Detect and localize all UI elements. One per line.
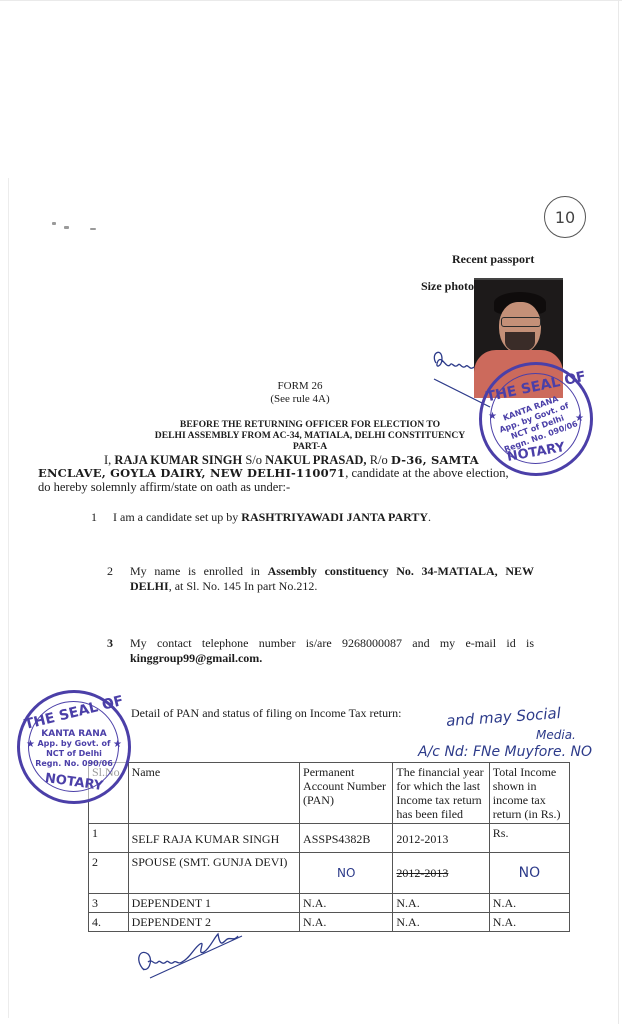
signature-icon [130, 918, 255, 988]
pan-section-intro: Detail of PAN and status of filing on In… [131, 706, 401, 721]
photo-label-line1: Recent passport [452, 252, 534, 267]
row-income: N.A. [489, 894, 569, 913]
declaration-line3: do hereby solemnly affirm/state on oath … [38, 480, 290, 495]
row-year: 2012-2013 [393, 824, 489, 853]
row-pan: N.A. [300, 894, 393, 913]
header-pan: Permanent Account Number (PAN) [300, 763, 393, 824]
page-number-text: 10 [555, 208, 575, 227]
row-sl: 1 [89, 824, 129, 853]
page-number-annotation: 10 [544, 196, 586, 238]
row-year: N.A. [393, 894, 489, 913]
page-edge [8, 178, 9, 1018]
row-sl: 3 [89, 894, 129, 913]
star-icon: ★ [575, 413, 584, 424]
item-2-text-line1: My name is enrolled in Assembly constitu… [130, 564, 534, 579]
item-1-number: 1 [91, 510, 97, 525]
row-year: 2012-2013 [393, 853, 489, 894]
handwritten-note-line2: Media. [536, 728, 576, 742]
photo-beard [505, 332, 535, 352]
header-total-income: Total Income shown in income tax return … [489, 763, 569, 824]
form-heading-line3: PART-A [120, 441, 500, 452]
item-3-number: 3 [107, 636, 113, 651]
item-3-email: kinggroup99@gmail.com. [130, 651, 262, 666]
scan-speck [64, 226, 69, 229]
header-name: Name [128, 763, 299, 824]
declaration-line2: ENCLAVE, GOYLA DAIRY, NEW DELHI-110071, … [38, 466, 509, 481]
page-edge [0, 0, 622, 1]
photo-glasses [501, 317, 541, 327]
form-heading-line2: DELHI ASSEMBLY FROM AC-34, MATIALA, DELH… [120, 430, 500, 441]
pan-table: Sl.No. Name Permanent Account Number (PA… [88, 762, 570, 932]
row-sl: 2 [89, 853, 129, 894]
item-3-text-line1: My contact telephone number is/are 92680… [130, 636, 534, 651]
scan-speck [90, 228, 96, 230]
row-name: SPOUSE (SMT. GUNJA DEVI) [128, 853, 299, 894]
row-income: N.A. [489, 913, 569, 932]
table-row: 1 SELF RAJA KUMAR SINGH ASSPS4382B 2012-… [89, 824, 570, 853]
row-name: SELF RAJA KUMAR SINGH [128, 824, 299, 853]
handwritten-note-line3: A/c Nd: FNe Muyfore. NO [418, 744, 592, 760]
table-header-row: Sl.No. Name Permanent Account Number (PA… [89, 763, 570, 824]
item-2-text-line2: DELHI, at Sl. No. 145 In part No.212. [130, 579, 317, 594]
form-title: FORM 26 [200, 380, 400, 392]
row-pan: N.A. [300, 913, 393, 932]
form-subtitle: (See rule 4A) [200, 393, 400, 405]
form-heading-line1: BEFORE THE RETURNING OFFICER FOR ELECTIO… [120, 419, 500, 430]
row-sl: 4. [89, 913, 129, 932]
item-1-text: I am a candidate set up by RASHTRIYAWADI… [113, 510, 431, 525]
table-row: 3 DEPENDENT 1 N.A. N.A. N.A. [89, 894, 570, 913]
handwritten-note-line1: and may Social [446, 704, 562, 730]
row-year: N.A. [393, 913, 489, 932]
row-name: DEPENDENT 1 [128, 894, 299, 913]
star-icon: ★ [113, 739, 122, 750]
table-row: 2 SPOUSE (SMT. GUNJA DEVI) NO 2012-2013 … [89, 853, 570, 894]
notary-seal: THE SEAL OF KANTA RANA App. by Govt. of … [17, 690, 131, 804]
scan-speck [52, 222, 56, 225]
row-pan: NO [300, 853, 393, 894]
page-edge [618, 0, 619, 1024]
star-icon: ★ [26, 739, 35, 750]
row-income: NO [489, 853, 569, 894]
seal-details: KANTA RANA App. by Govt. of NCT of Delhi… [20, 729, 128, 769]
row-income: Rs. [489, 824, 569, 853]
item-2-number: 2 [107, 564, 113, 579]
row-pan: ASSPS4382B [300, 824, 393, 853]
photo-label-line2: Size photo [421, 279, 474, 294]
header-financial-year: The financial year for which the last In… [393, 763, 489, 824]
